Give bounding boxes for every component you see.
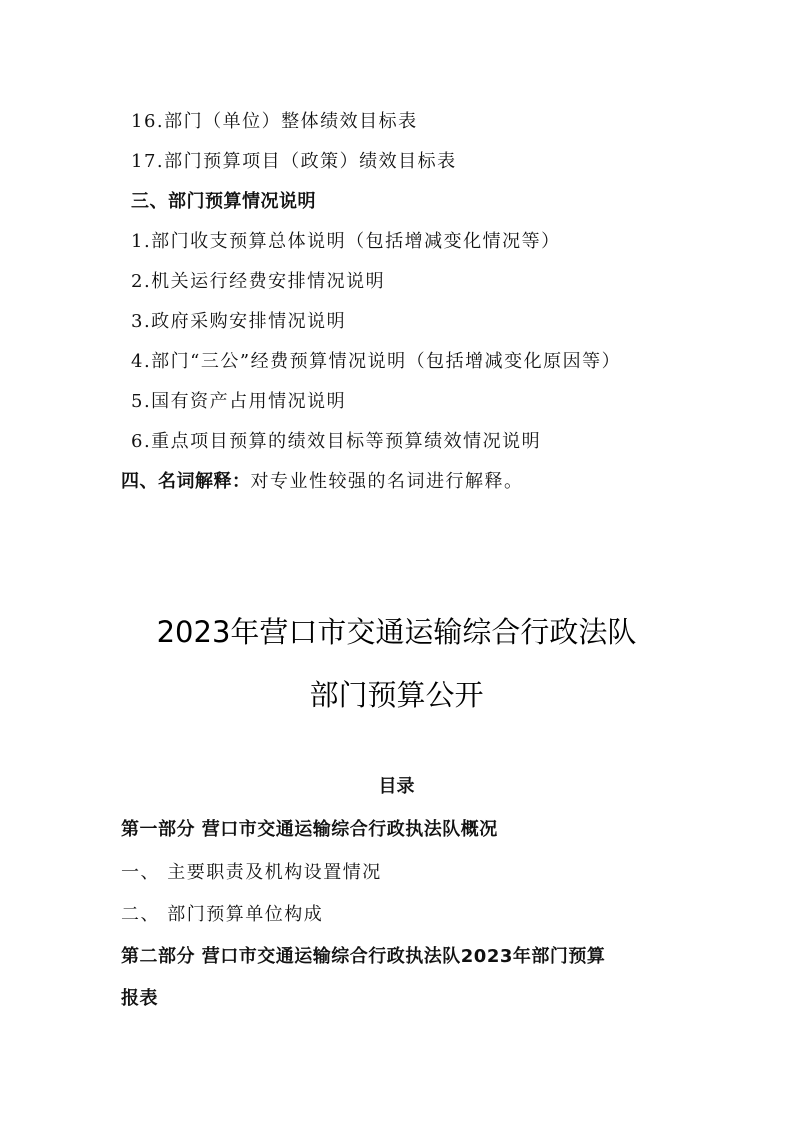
- section-four-text: 对专业性较强的名词进行解释。: [251, 471, 524, 492]
- document-title-line2: 部门预算公开: [0, 675, 793, 715]
- list-item-16: 16.部门（单位）整体绩效目标表: [131, 110, 418, 134]
- section-three-item-4: 4.部门“三公”经费预算情况说明（包括增减变化原因等）: [131, 350, 621, 374]
- document-title-line1: 2023年营口市交通运输综合行政法队: [0, 612, 793, 652]
- section-three-item-5: 5.国有资产占用情况说明: [131, 390, 346, 414]
- toc-part2-title-line1[interactable]: 第二部分 营口市交通运输综合行政执法队2023年部门预算: [121, 945, 605, 969]
- section-three-item-6: 6.重点项目预算的绩效目标等预算绩效情况说明: [131, 430, 541, 454]
- section-three-heading: 三、部门预算情况说明: [131, 190, 316, 214]
- toc-part1-item-1[interactable]: 一、 主要职责及机构设置情况: [121, 861, 382, 885]
- list-item-17: 17.部门预算项目（政策）绩效目标表: [131, 150, 457, 174]
- section-three-item-2: 2.机关运行经费安排情况说明: [131, 270, 385, 294]
- toc-part1-title[interactable]: 第一部分 营口市交通运输综合行政执法队概况: [121, 818, 498, 842]
- section-four: 四、名词解释：对专业性较强的名词进行解释。: [121, 470, 524, 494]
- toc-heading: 目录: [0, 775, 793, 799]
- section-four-heading: 四、名词解释：: [121, 471, 251, 492]
- toc-part1-item-2[interactable]: 二、 部门预算单位构成: [121, 903, 323, 927]
- section-three-item-3: 3.政府采购安排情况说明: [131, 310, 346, 334]
- toc-part2-title-line2[interactable]: 报表: [121, 987, 158, 1011]
- section-three-item-1: 1.部门收支预算总体说明（包括增减变化情况等）: [131, 230, 561, 254]
